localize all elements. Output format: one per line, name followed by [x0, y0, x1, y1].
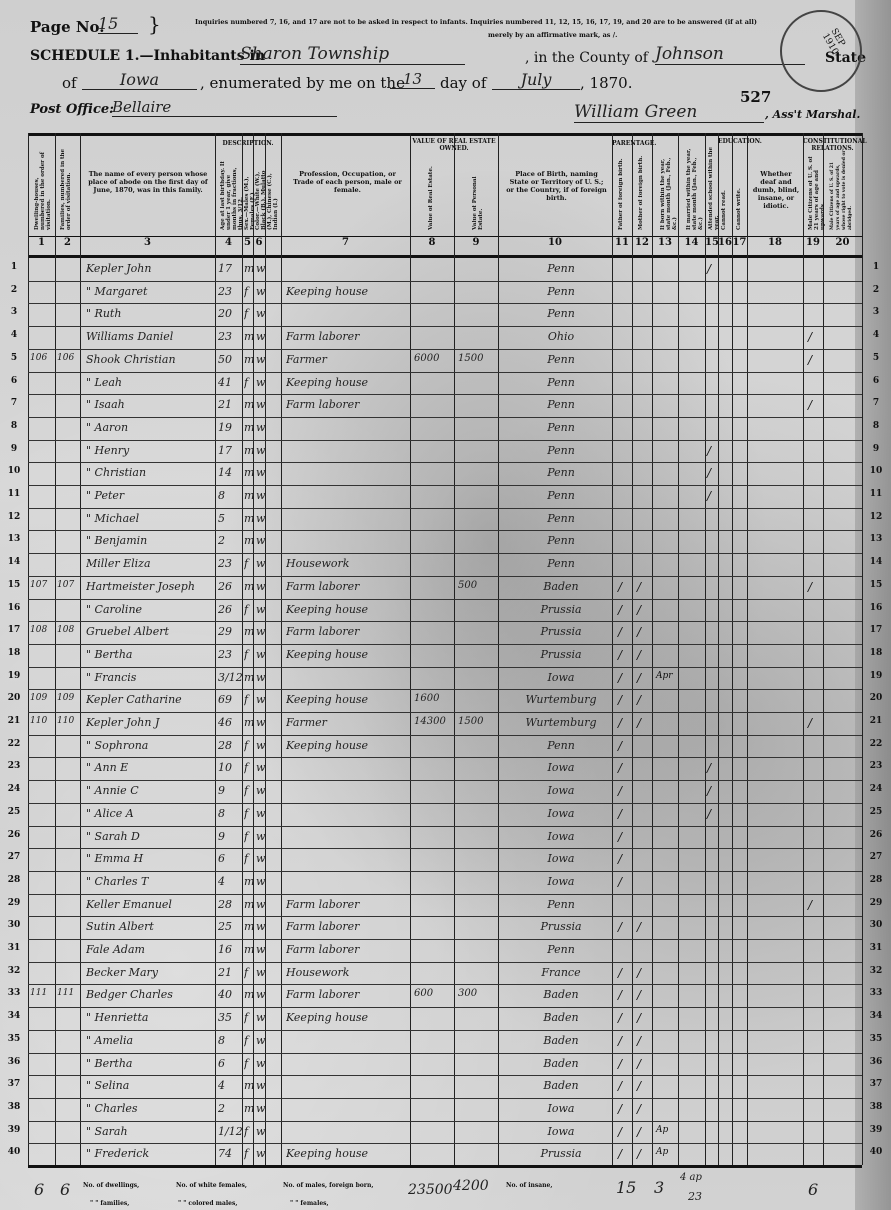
- personal-estate-value: 1500: [458, 716, 498, 727]
- row-divider: [28, 576, 862, 577]
- birthplace: Penn: [512, 376, 610, 389]
- color: w: [256, 761, 266, 774]
- affirmative-mark-c11: /: [618, 1102, 622, 1116]
- line-number: 39: [2, 1125, 26, 1135]
- birthplace: Prussia: [512, 648, 610, 661]
- schedule-label: SCHEDULE 1.—Inhabitants in: [30, 48, 265, 64]
- age: 3/12: [218, 671, 242, 684]
- col-header-9: Value of Personal Estate.: [472, 160, 484, 230]
- birthplace: Iowa: [512, 1102, 610, 1115]
- birthplace: Prussia: [512, 625, 610, 638]
- person-name: " Margaret: [86, 285, 214, 298]
- color: w: [256, 898, 266, 911]
- age: 6: [218, 852, 242, 865]
- person-name: Hartmeister Joseph: [86, 580, 214, 593]
- color: w: [256, 1079, 266, 1092]
- affirmative-mark-c13: Ap: [656, 1125, 668, 1135]
- age: 69: [218, 693, 242, 706]
- person-name: " Bertha: [86, 1057, 214, 1070]
- line-number-right: 36: [864, 1057, 888, 1067]
- affirmative-mark-c11: /: [618, 784, 622, 798]
- row-divider: [28, 1121, 862, 1122]
- affirmative-mark-c19: /: [808, 580, 812, 594]
- col-header-14: If married within the year, state month …: [686, 145, 704, 230]
- row-divider: [28, 621, 862, 622]
- families-total: 6: [60, 1180, 70, 1199]
- line-number-right: 35: [864, 1034, 888, 1044]
- color: w: [256, 875, 266, 888]
- birthplace: Prussia: [512, 603, 610, 616]
- line-number-right: 30: [864, 920, 888, 930]
- line-number: 16: [2, 603, 26, 613]
- age: 2: [218, 534, 242, 547]
- personal-estate-value: 1500: [458, 353, 498, 364]
- sex: f: [244, 852, 254, 865]
- age: 2: [218, 1102, 242, 1115]
- occupation: Farmer: [286, 716, 408, 729]
- col-num-13: 13: [652, 237, 678, 248]
- line-number-right: 26: [864, 830, 888, 840]
- affirmative-mark-c11: /: [618, 1079, 622, 1093]
- birthplace: Penn: [512, 307, 610, 320]
- col-num-18: 18: [747, 237, 803, 248]
- person-name: " Amelia: [86, 1034, 214, 1047]
- person-name: Fale Adam: [86, 943, 214, 956]
- line-number: 25: [2, 807, 26, 817]
- of-label: of: [62, 74, 77, 92]
- age: 26: [218, 580, 242, 593]
- group-header-education: EDUCATION.: [718, 138, 747, 145]
- sex: f: [244, 966, 254, 979]
- col-header-17: Cannot write.: [736, 185, 742, 230]
- birthplace: Baden: [512, 1034, 610, 1047]
- affirmative-mark-c11: /: [618, 625, 622, 639]
- col-header-19: Male Citizens of U. S. of 21 years of ag…: [808, 150, 826, 230]
- age: 8: [218, 489, 242, 502]
- person-name: " Aaron: [86, 421, 214, 434]
- birthplace: Iowa: [512, 852, 610, 865]
- row-divider: [28, 780, 862, 781]
- col19-total: 6: [808, 1180, 818, 1199]
- color: w: [256, 285, 266, 298]
- affirmative-mark-c11: /: [618, 920, 622, 934]
- person-name: " Sarah: [86, 1125, 214, 1138]
- col-num-6: 6: [253, 237, 265, 248]
- affirmative-mark-c19: /: [808, 353, 812, 367]
- birthplace: Penn: [512, 421, 610, 434]
- affirmative-mark-c12: /: [637, 1079, 641, 1093]
- line-number: 28: [2, 875, 26, 885]
- group-header-parentage: PARENTAGE.: [612, 140, 652, 147]
- affirmative-mark-c12: /: [637, 1057, 641, 1071]
- affirmative-mark-c12: /: [637, 603, 641, 617]
- occupation: Farm laborer: [286, 398, 408, 411]
- birthplace: Iowa: [512, 1125, 610, 1138]
- line-number: 26: [2, 830, 26, 840]
- row-divider: [28, 667, 862, 668]
- row-divider: [28, 1007, 862, 1008]
- row-divider: [28, 485, 862, 486]
- person-name: Shook Christian: [86, 353, 214, 366]
- affirmative-mark-c12: /: [637, 1125, 641, 1139]
- color: w: [256, 262, 266, 275]
- row-divider: [28, 939, 862, 940]
- person-name: Sutin Albert: [86, 920, 214, 933]
- birthplace: Penn: [512, 466, 610, 479]
- sex: m: [244, 262, 254, 275]
- col-num-3: 3: [80, 237, 215, 248]
- occupation: Farm laborer: [286, 330, 408, 343]
- color: w: [256, 784, 266, 797]
- color: w: [256, 1125, 266, 1138]
- person-name: Gruebel Albert: [86, 625, 214, 638]
- birthplace: Iowa: [512, 761, 610, 774]
- line-number: 21: [2, 716, 26, 726]
- family-number: 106: [57, 353, 79, 363]
- line-number-right: 5: [864, 353, 888, 363]
- person-name: " Sophrona: [86, 739, 214, 752]
- row-divider: [28, 326, 862, 327]
- col-header-18: Whether deaf and dumb, blind, insane, or…: [752, 170, 800, 210]
- occupation: Farm laborer: [286, 920, 408, 933]
- color: w: [256, 557, 266, 570]
- line-number: 3: [2, 307, 26, 317]
- color: w: [256, 353, 266, 366]
- line-number: 33: [2, 988, 26, 998]
- col-num-17: 17: [732, 237, 747, 248]
- color: w: [256, 421, 266, 434]
- dwelling-number: 108: [30, 625, 55, 635]
- birthplace: Penn: [512, 943, 610, 956]
- color: w: [256, 398, 266, 411]
- affirmative-mark-c12: /: [637, 1147, 641, 1161]
- row-divider: [28, 757, 862, 758]
- age: 9: [218, 830, 242, 843]
- color: w: [256, 466, 266, 479]
- age: 26: [218, 603, 242, 616]
- colored-males-label: " " colored males,: [178, 1200, 237, 1207]
- line-number-right: 33: [864, 988, 888, 998]
- birthplace: Penn: [512, 898, 610, 911]
- real-estate-value: 1600: [414, 693, 454, 704]
- personal-estate-value: 300: [458, 988, 498, 999]
- line-number: 29: [2, 898, 26, 908]
- row-divider: [28, 826, 862, 827]
- col11-total: 15: [616, 1178, 636, 1197]
- birthplace: Baden: [512, 1057, 610, 1070]
- age: 23: [218, 330, 242, 343]
- age: 46: [218, 716, 242, 729]
- person-name: " Charles T: [86, 875, 214, 888]
- age: 28: [218, 898, 242, 911]
- affirmative-mark-c19: /: [808, 330, 812, 344]
- col-header-16: Cannot read.: [721, 185, 727, 230]
- age: 8: [218, 1034, 242, 1047]
- col-num-2: 2: [55, 237, 80, 248]
- line-number: 18: [2, 648, 26, 658]
- line-number-right: 9: [864, 444, 888, 454]
- sex: f: [244, 557, 254, 570]
- person-name: " Caroline: [86, 603, 214, 616]
- marshal-name: William Green: [574, 102, 764, 123]
- families-label: " " families,: [90, 1200, 129, 1207]
- affirmative-mark-c19: /: [808, 898, 812, 912]
- person-name: Williams Daniel: [86, 330, 214, 343]
- family-number: 107: [57, 580, 79, 590]
- row-divider: [28, 417, 862, 418]
- dwellings-label: No. of dwellings,: [83, 1182, 139, 1189]
- occupation: Farm laborer: [286, 898, 408, 911]
- affirmative-mark-c11: /: [618, 739, 622, 753]
- marshal-label: , Ass't Marshal.: [765, 108, 860, 121]
- row-divider: [28, 712, 862, 713]
- line-number-right: 15: [864, 580, 888, 590]
- township-field: Sharon Township: [240, 44, 465, 65]
- sex: f: [244, 603, 254, 616]
- affirmative-mark-c11: /: [618, 761, 622, 775]
- affirmative-mark-c19: /: [808, 398, 812, 412]
- col-header-13: If born within the year, state month (Ja…: [660, 145, 678, 230]
- col-num-20: 20: [823, 237, 862, 248]
- occupation: Farm laborer: [286, 625, 408, 638]
- sex: f: [244, 830, 254, 843]
- row-divider: [28, 349, 862, 350]
- affirmative-mark-c12: /: [637, 625, 641, 639]
- col-header-8: Value of Real Estate.: [428, 165, 434, 230]
- color: w: [256, 648, 266, 661]
- sex: m: [244, 875, 254, 888]
- real-estate-total: 23500: [408, 1182, 453, 1198]
- person-name: " Leah: [86, 376, 214, 389]
- col-header-20: Male Citizens of U. S. of 21 years of ag…: [830, 150, 854, 230]
- person-name: " Selina: [86, 1079, 214, 1092]
- line-number: 5: [2, 353, 26, 363]
- birthplace: Iowa: [512, 875, 610, 888]
- line-number-right: 3: [864, 307, 888, 317]
- affirmative-mark-c15: /: [707, 784, 711, 798]
- month-field: July: [492, 70, 580, 90]
- age: 6: [218, 1057, 242, 1070]
- real-estate-value: 600: [414, 988, 454, 999]
- sex: f: [244, 376, 254, 389]
- post-office-label: Post Office:: [30, 102, 114, 117]
- sex: f: [244, 1125, 254, 1138]
- line-number-right: 8: [864, 421, 888, 431]
- line-number: 9: [2, 444, 26, 454]
- affirmative-mark-c11: /: [618, 966, 622, 980]
- affirmative-mark-c11: /: [618, 580, 622, 594]
- group-header-description: DESCRIPTION.: [215, 140, 281, 147]
- line-number: 34: [2, 1011, 26, 1021]
- person-name: " Sarah D: [86, 830, 214, 843]
- age: 10: [218, 761, 242, 774]
- color: w: [256, 1011, 266, 1024]
- row-divider: [28, 1143, 862, 1144]
- line-number-right: 12: [864, 512, 888, 522]
- col-header-1: Dwelling-houses, numbered in the order o…: [34, 145, 52, 230]
- col14-total: 23: [688, 1190, 702, 1203]
- birthplace: Penn: [512, 534, 610, 547]
- sex: f: [244, 739, 254, 752]
- color: w: [256, 512, 266, 525]
- line-number: 22: [2, 739, 26, 749]
- color: w: [256, 988, 266, 1001]
- occupation: Keeping house: [286, 376, 408, 389]
- sex: m: [244, 625, 254, 638]
- row-divider: [28, 440, 862, 441]
- affirmative-mark-c11: /: [618, 671, 622, 685]
- affirmative-mark-c11: /: [618, 875, 622, 889]
- age: 41: [218, 376, 242, 389]
- col-header-10: Place of Birth, naming State or Territor…: [505, 170, 608, 202]
- color: w: [256, 1034, 266, 1047]
- col-num-4: 4: [215, 237, 242, 248]
- line-number: 19: [2, 671, 26, 681]
- line-number-right: 11: [864, 489, 888, 499]
- age: 16: [218, 943, 242, 956]
- color: w: [256, 943, 266, 956]
- row-divider: [28, 1098, 862, 1099]
- age: 17: [218, 262, 242, 275]
- sex: m: [244, 988, 254, 1001]
- line-number-right: 29: [864, 898, 888, 908]
- line-number: 7: [2, 398, 26, 408]
- birthplace: France: [512, 966, 610, 979]
- line-number-right: 1: [864, 262, 888, 272]
- color: w: [256, 693, 266, 706]
- age: 5: [218, 512, 242, 525]
- affirmative-mark-c11: /: [618, 648, 622, 662]
- person-name: Kepler Catharine: [86, 693, 214, 706]
- affirmative-mark-c11: /: [618, 1034, 622, 1048]
- birthplace: Penn: [512, 739, 610, 752]
- line-number: 12: [2, 512, 26, 522]
- row-divider: [28, 303, 862, 304]
- affirmative-mark-c11: /: [618, 1125, 622, 1139]
- dwellings-total: 6: [34, 1180, 44, 1199]
- age: 8: [218, 807, 242, 820]
- col-header-7: Profession, Occupation, or Trade of each…: [290, 170, 405, 194]
- person-name: Kepler John J: [86, 716, 214, 729]
- sex: f: [244, 784, 254, 797]
- color: w: [256, 671, 266, 684]
- sex: m: [244, 330, 254, 343]
- color: w: [256, 625, 266, 638]
- age: 23: [218, 285, 242, 298]
- dwelling-number: 106: [30, 353, 55, 363]
- color: w: [256, 580, 266, 593]
- line-number: 13: [2, 534, 26, 544]
- occupation: Farm laborer: [286, 943, 408, 956]
- row-divider: [28, 984, 862, 985]
- sex: f: [244, 761, 254, 774]
- affirmative-mark-c11: /: [618, 830, 622, 844]
- row-divider: [28, 599, 862, 600]
- line-number: 14: [2, 557, 26, 567]
- line-number-right: 10: [864, 466, 888, 476]
- line-number-right: 17: [864, 625, 888, 635]
- line-number: 36: [2, 1057, 26, 1067]
- person-name: Bedger Charles: [86, 988, 214, 1001]
- person-name: Keller Emanuel: [86, 898, 214, 911]
- group-header-value: VALUE OF REAL ESTATE OWNED.: [410, 138, 498, 152]
- line-number-right: 37: [864, 1079, 888, 1089]
- dwelling-number: 109: [30, 693, 55, 703]
- line-number-right: 13: [864, 534, 888, 544]
- affirmative-mark-c19: /: [808, 716, 812, 730]
- person-name: " Emma H: [86, 852, 214, 865]
- line-number-right: 6: [864, 376, 888, 386]
- line-number: 1: [2, 262, 26, 272]
- line-number: 40: [2, 1147, 26, 1157]
- real-estate-value: 14300: [414, 716, 454, 727]
- birthplace: Penn: [512, 557, 610, 570]
- sex: m: [244, 580, 254, 593]
- line-number-right: 31: [864, 943, 888, 953]
- occupation: Housework: [286, 966, 408, 979]
- row-divider: [28, 644, 862, 645]
- line-number-right: 20: [864, 693, 888, 703]
- row-divider: [28, 462, 862, 463]
- col-header-2: Families, numbered in the order of visit…: [60, 145, 72, 230]
- foreign-females-label: " " females,: [290, 1200, 329, 1207]
- row-divider: [28, 962, 862, 963]
- birthplace: Iowa: [512, 807, 610, 820]
- insane-label: No. of insane,: [506, 1182, 552, 1189]
- birthplace: Prussia: [512, 1147, 610, 1160]
- color: w: [256, 739, 266, 752]
- line-number-right: 39: [864, 1125, 888, 1135]
- age: 17: [218, 444, 242, 457]
- age: 40: [218, 988, 242, 1001]
- census-header: Page No. 15 } Inquiries numbered 7, 16, …: [0, 0, 891, 130]
- sex: f: [244, 648, 254, 661]
- line-number: 38: [2, 1102, 26, 1112]
- line-number: 4: [2, 330, 26, 340]
- sex: m: [244, 398, 254, 411]
- age: 23: [218, 648, 242, 661]
- color: w: [256, 920, 266, 933]
- color: w: [256, 830, 266, 843]
- col-header-12: Mother of foreign birth.: [638, 155, 644, 230]
- affirmative-mark-c15: /: [707, 466, 711, 480]
- affirmative-mark-c15: /: [707, 489, 711, 503]
- col-num-16: 16: [718, 237, 732, 248]
- affirmative-mark-c11: /: [618, 1011, 622, 1025]
- occupation: Farm laborer: [286, 580, 408, 593]
- birthplace: Ohio: [512, 330, 610, 343]
- affirmative-mark-c12: /: [637, 1102, 641, 1116]
- birthplace: Iowa: [512, 830, 610, 843]
- person-name: " Francis: [86, 671, 214, 684]
- affirmative-mark-c12: /: [637, 671, 641, 685]
- line-number: 17: [2, 625, 26, 635]
- sex: m: [244, 534, 254, 547]
- person-name: Kepler John: [86, 262, 214, 275]
- line-number-right: 16: [864, 603, 888, 613]
- birthplace: Penn: [512, 285, 610, 298]
- birthplace: Iowa: [512, 784, 610, 797]
- birthplace: Iowa: [512, 671, 610, 684]
- age: 4: [218, 875, 242, 888]
- occupation: Keeping house: [286, 285, 408, 298]
- sex: f: [244, 807, 254, 820]
- line-number: 30: [2, 920, 26, 930]
- line-number: 10: [2, 466, 26, 476]
- occupation: Housework: [286, 557, 408, 570]
- col-num-14: 14: [678, 237, 705, 248]
- page-number: 15: [98, 14, 138, 34]
